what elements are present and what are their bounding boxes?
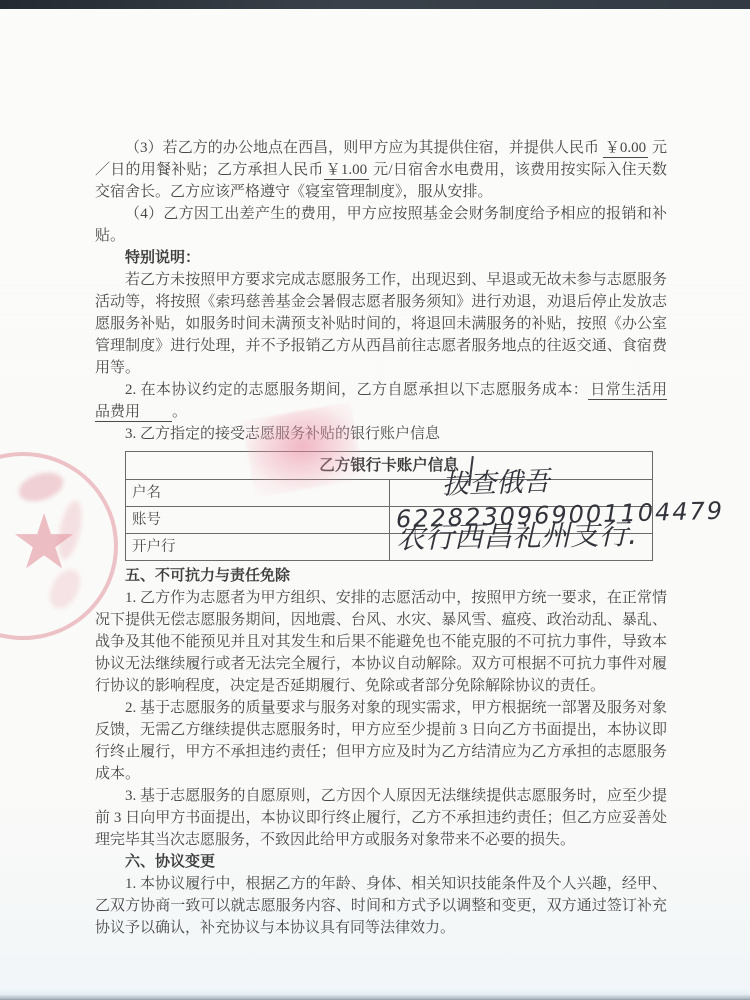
clause-3-paragraph: （3）若乙方的办公地点在西昌，则甲方应为其提供住宿，并提供人民币 ￥0.00 元…: [95, 137, 667, 203]
scan-top-edge: [0, 0, 750, 9]
item-3-paragraph: 3. 乙方指定的接受志愿服务补贴的银行账户信息: [95, 423, 667, 445]
bank-branch-label: 开户行: [126, 534, 390, 561]
amount-utilities: ￥1.00: [324, 162, 370, 180]
section-5-heading: 五、不可抗力与责任免除: [95, 565, 667, 587]
handwritten-account-name: 拔查俄吾: [441, 471, 550, 497]
section-6-heading: 六、协议变更: [95, 851, 667, 873]
bank-table-title-row: 乙方银行卡账户信息: [126, 452, 653, 480]
item-2-paragraph: 2. 在本协议约定的志愿服务期间，乙方自愿承担以下志愿服务成本：日常生活用品费用…: [95, 379, 667, 423]
account-number-label: 账号: [126, 507, 390, 534]
document-page: （3）若乙方的办公地点在西昌，则甲方应为其提供住宿，并提供人民币 ￥0.00 元…: [0, 9, 750, 987]
section-5-paragraph-2: 2. 基于志愿服务的质量要求与服务对象的现实需求，甲方根据统一部署及服务对象反馈…: [95, 697, 667, 785]
special-note-paragraph: 若乙方未按照甲方要求完成志愿服务工作，出现迟到、早退或无故未参与志愿服务活动等，…: [95, 269, 667, 379]
scan-bottom-edge: [0, 987, 750, 1000]
bank-table-title: 乙方银行卡账户信息: [126, 452, 653, 480]
table-row: 开户行 农行西昌礼州支行.: [126, 534, 653, 561]
special-note-heading: 特别说明：: [95, 247, 667, 269]
bank-account-table: 乙方银行卡账户信息 户名 拔查俄吾 账号 6228230969001104479…: [125, 451, 653, 561]
section-6-paragraph-1: 1. 本协议履行中，根据乙方的年龄、身体、相关知识技能条件及个人兴趣，经甲、乙双…: [95, 873, 667, 939]
clause-3-text-1: （3）若乙方的办公地点在西昌，则甲方应为其提供住宿，并提供人民币: [125, 140, 603, 156]
contract-body: （3）若乙方的办公地点在西昌，则甲方应为其提供住宿，并提供人民币 ￥0.00 元…: [95, 137, 667, 939]
handwritten-bank-branch: 农行西昌礼州支行.: [395, 523, 637, 549]
section-5-paragraph-1: 1. 乙方作为志愿者为甲方组织、安排的志愿活动中，按照甲方统一要求，在正常情况下…: [95, 587, 667, 697]
section-5-paragraph-3: 3. 基于志愿服务的自愿原则，乙方因个人原因无法继续提供志愿服务时，应至少提前 …: [95, 785, 667, 851]
clause-4-paragraph: （4）乙方因工出差产生的费用，甲方应按照基金会财务制度给予相应的报销和补贴。: [95, 203, 667, 247]
bank-branch-cell: 农行西昌礼州支行.: [389, 534, 653, 561]
item-2-period: 。: [172, 404, 187, 420]
amount-lodging: ￥0.00: [603, 140, 648, 158]
item-2-text: 2. 在本协议约定的志愿服务期间，乙方自愿承担以下志愿服务成本：: [125, 382, 588, 398]
